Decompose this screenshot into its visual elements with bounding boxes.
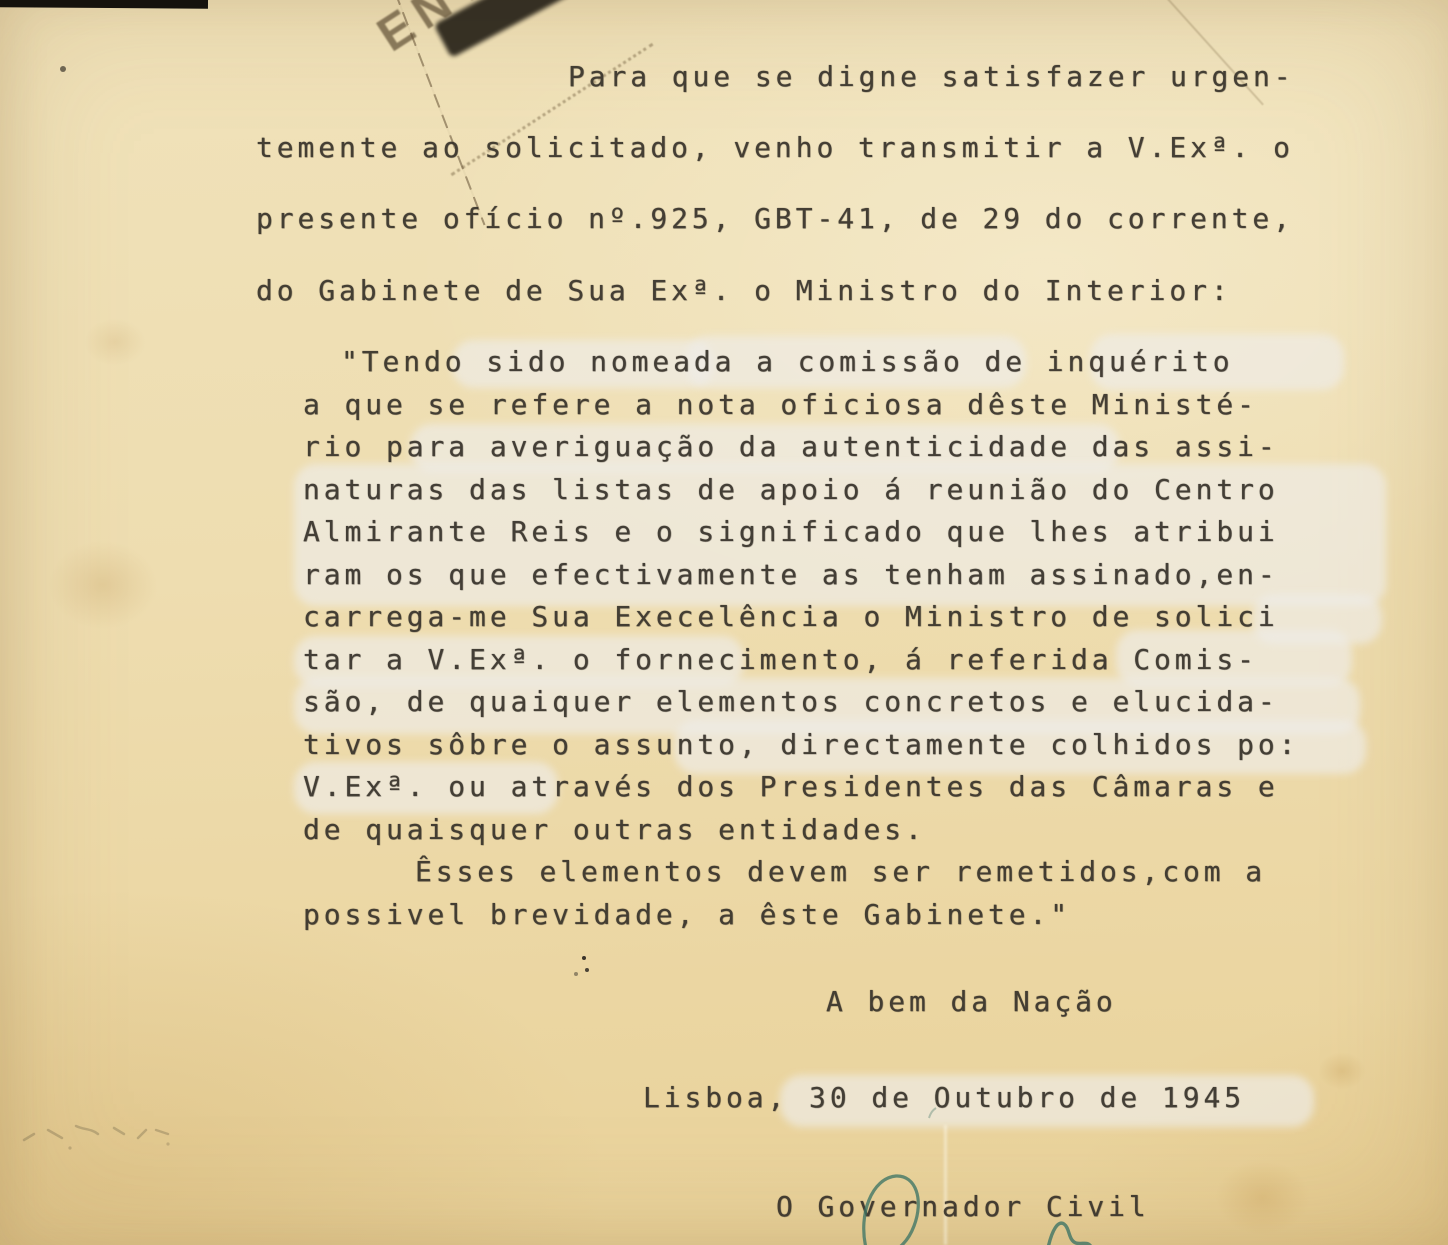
scan-edge-artifact [0, 0, 208, 9]
date-line: Lisboa, 30 de Outubro de 1945 [643, 1081, 1245, 1115]
quote-line: ram os que efectivamente as tenham assin… [303, 558, 1279, 592]
quote-line: a que se refere a nota oficiosa dêste Mi… [303, 388, 1258, 422]
ink-speck [582, 956, 586, 960]
paper-stain [48, 540, 158, 630]
scanned-letter-page: ENTRADA Para que se digne satisfazer urg… [0, 0, 1448, 1245]
paper-stain [1215, 1160, 1310, 1235]
quote-line: tivos sôbre o assunto, directamente colh… [303, 728, 1299, 762]
quote-line: de quaisquer outras entidades. [303, 813, 926, 847]
quote-line: naturas das listas de apoio á reunião do… [303, 473, 1279, 507]
letter-line: Para que se digne satisfazer urgen- [568, 60, 1295, 94]
quote-line: carrega-me Sua Execelência o Ministro de… [303, 600, 1279, 634]
letter-line: temente ao solicitado, venho transmitir … [256, 131, 1294, 165]
letter-line: presente ofício nº.925, GBT-41, de 29 do… [256, 202, 1294, 236]
paper-crease [944, 1125, 947, 1245]
quote-line: "Tendo sido nomeada a comissão de inquér… [341, 345, 1234, 379]
ink-speck [60, 66, 66, 72]
quote-line: possivel brevidade, a êste Gabinete." [303, 898, 1071, 932]
paper-stain [84, 318, 146, 366]
quote-line: Êsses elementos devem ser remetidos,com … [415, 855, 1266, 889]
signature-title: O Governador Civil [776, 1190, 1150, 1224]
quote-line: V.Exª. ou através dos Presidentes das Câ… [303, 770, 1279, 804]
quote-line: tar a V.Exª. o fornecimento, á referida … [303, 643, 1258, 677]
quote-line: são, de quaiquer elementos concretos e e… [303, 685, 1279, 719]
letter-line: do Gabinete de Sua Exª. o Ministro do In… [256, 274, 1232, 308]
paper-stain [1318, 1052, 1366, 1090]
quote-line: rio para averiguação da autenticidade da… [303, 430, 1279, 464]
pencil-scribble [18, 1120, 258, 1164]
closing-formula: A bem da Nação [826, 985, 1117, 1019]
quote-line: Almirante Reis e o significado que lhes … [303, 515, 1279, 549]
